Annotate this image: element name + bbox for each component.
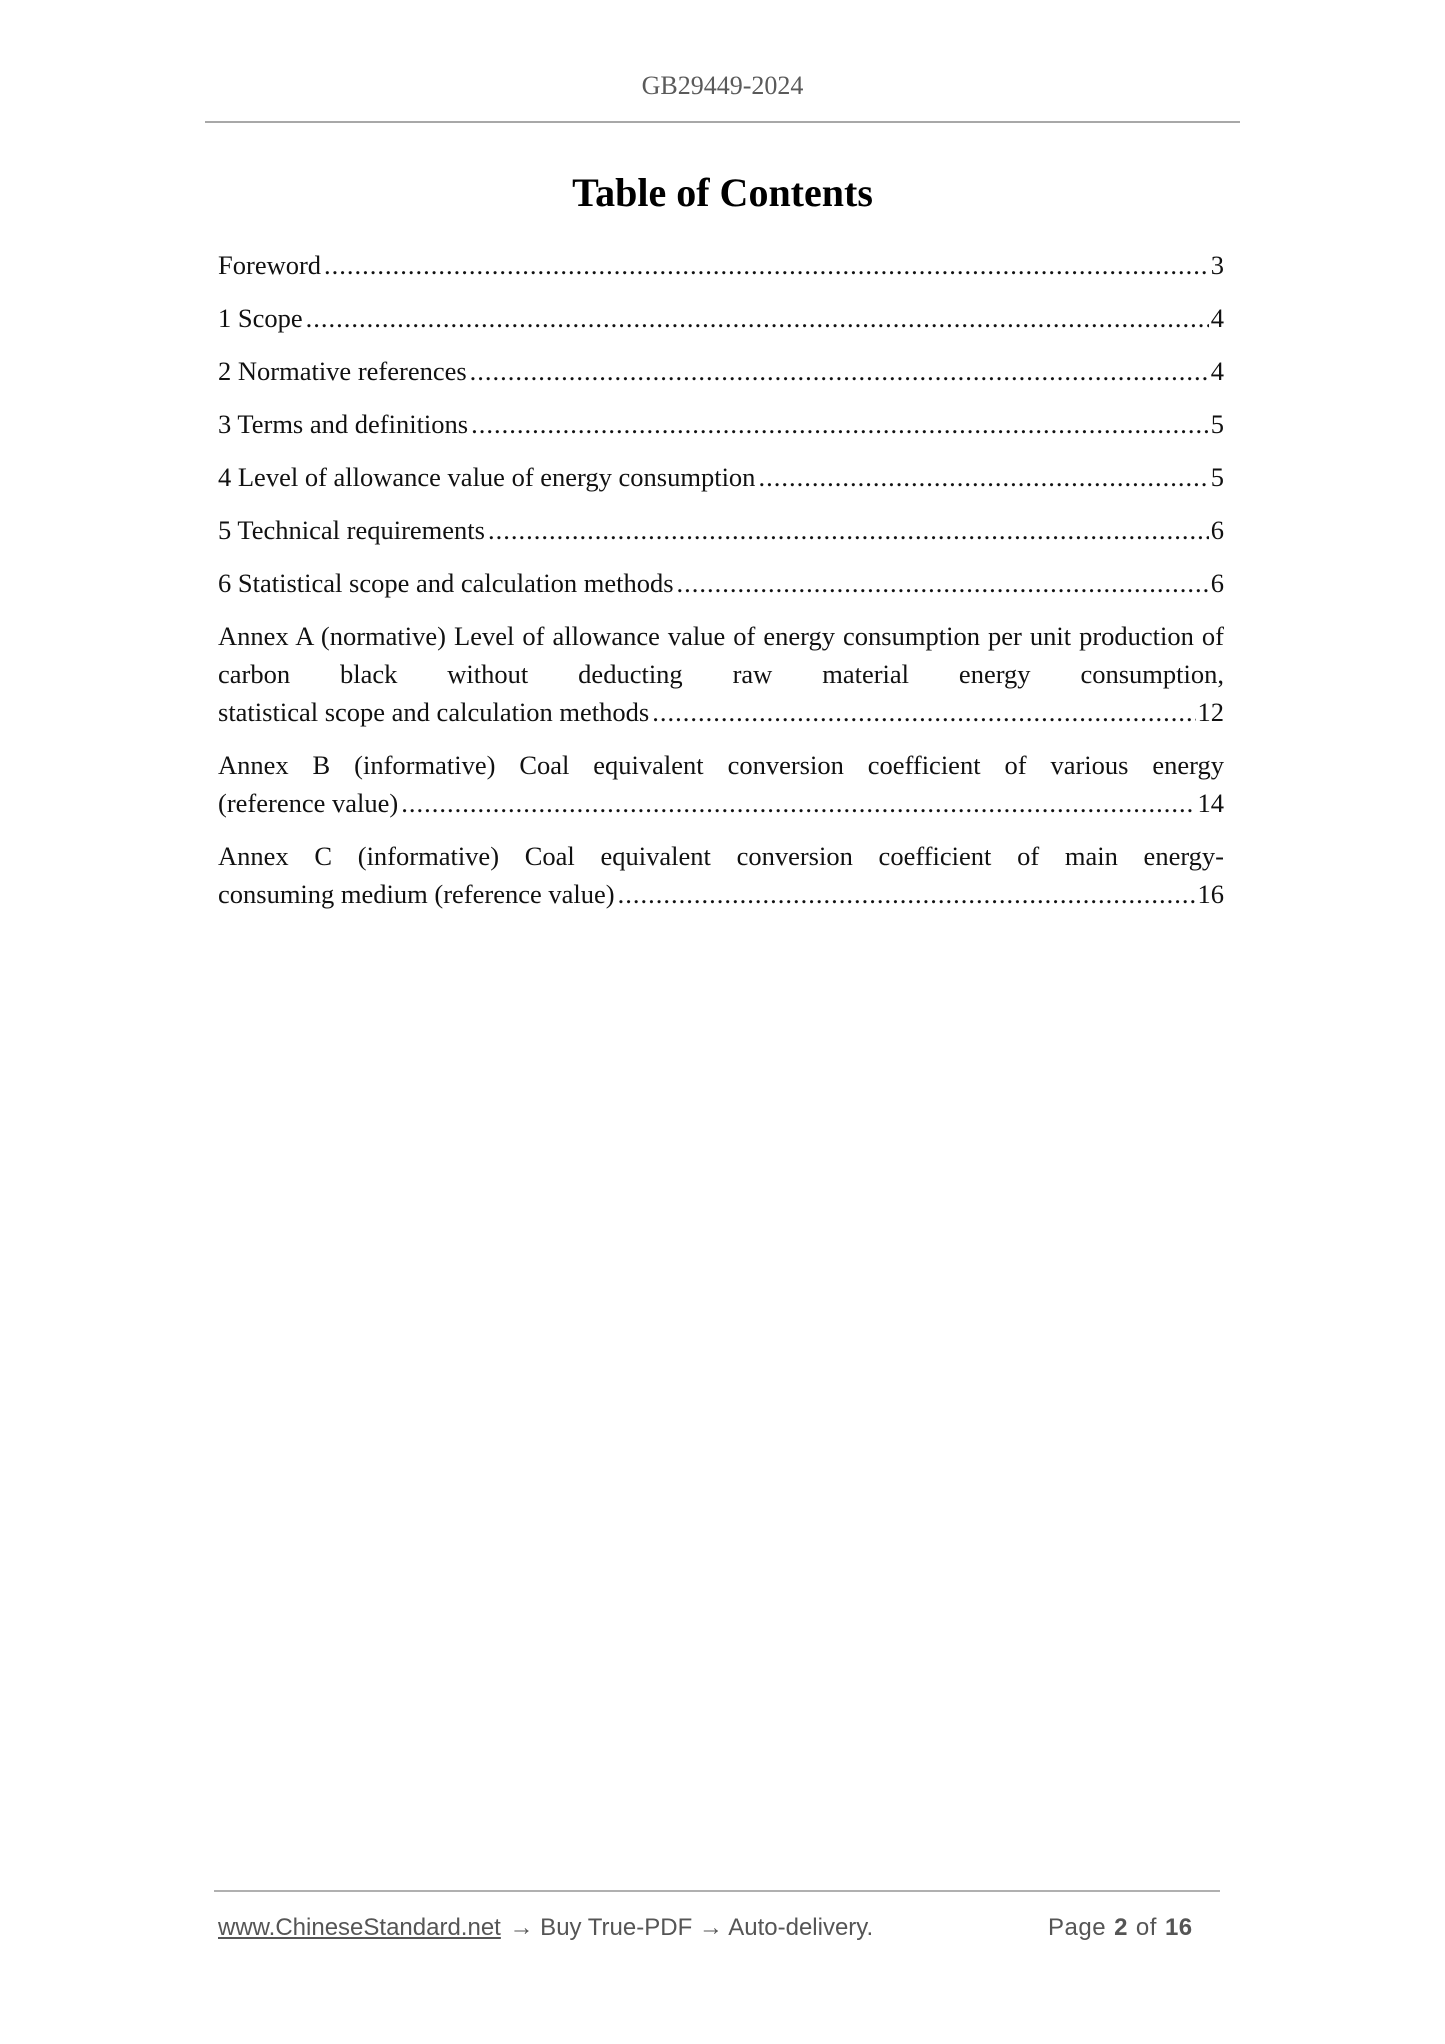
toc-entry-label: 3 Terms and definitions [218, 405, 468, 443]
toc-entry-label: 5 Technical requirements [218, 511, 485, 549]
toc-entry-terms-definitions[interactable]: 3 Terms and definitions 5 [218, 405, 1224, 443]
toc-page-number: 5 [1211, 405, 1224, 443]
toc-page-number: 4 [1211, 352, 1224, 390]
toc-entry-foreword[interactable]: Foreword 3 [218, 246, 1224, 284]
dot-leader [324, 246, 1209, 284]
toc-page-number: 3 [1211, 246, 1224, 284]
current-page-number: 2 [1114, 1914, 1128, 1941]
toc-entry-normative-references[interactable]: 2 Normative references 4 [218, 352, 1224, 390]
toc-entry-technical-requirements[interactable]: 5 Technical requirements 6 [218, 511, 1224, 549]
dot-leader [758, 458, 1208, 496]
toc-page-number: 12 [1198, 693, 1225, 731]
toc-entry-annex-a[interactable]: Annex A (normative) Level of allowance v… [218, 617, 1224, 731]
page-footer: www.ChineseStandard.net → Buy True-PDF →… [218, 1912, 1218, 1944]
toc-entry-allowance-level[interactable]: 4 Level of allowance value of energy con… [218, 458, 1224, 496]
toc-entry-scope[interactable]: 1 Scope 4 [218, 299, 1224, 337]
toc-page-number: 6 [1211, 564, 1224, 602]
toc-entry-label-tail: (reference value) [218, 784, 398, 822]
chinese-standard-link[interactable]: www.ChineseStandard.net [218, 1914, 501, 1941]
toc-page-number: 6 [1211, 511, 1224, 549]
toc-entry-statistical-scope[interactable]: 6 Statistical scope and calculation meth… [218, 564, 1224, 602]
page-title: Table of Contents [0, 168, 1445, 218]
dot-leader [471, 405, 1209, 443]
dot-leader [306, 299, 1209, 337]
toc-entry-annex-c[interactable]: Annex C (informative) Coal equivalent co… [218, 837, 1224, 913]
toc-entry-label: 1 Scope [218, 299, 303, 337]
toc-entry-label-lead: Annex B (informative) Coal equivalent co… [218, 746, 1224, 784]
promo-text: → Buy True-PDF → Auto-delivery. [510, 1914, 874, 1941]
page-label: Page [1048, 1914, 1106, 1941]
toc-entry-label: 2 Normative references [218, 352, 467, 390]
toc-entry-label: 6 Statistical scope and calculation meth… [218, 564, 674, 602]
footer-divider [214, 1890, 1220, 1892]
dot-leader [488, 511, 1209, 549]
toc-entry-label-lead: Annex C (informative) Coal equivalent co… [218, 837, 1224, 875]
toc-page-number: 5 [1211, 458, 1224, 496]
dot-leader [470, 352, 1209, 390]
header-divider [205, 121, 1240, 123]
dot-leader [652, 693, 1195, 731]
dot-leader [618, 875, 1196, 913]
toc-entry-label-tail: consuming medium (reference value) [218, 875, 615, 913]
toc-entry-annex-b[interactable]: Annex B (informative) Coal equivalent co… [218, 746, 1224, 822]
toc-entry-label: Foreword [218, 246, 321, 284]
toc-entry-label: 4 Level of allowance value of energy con… [218, 458, 755, 496]
toc-page-number: 16 [1198, 875, 1225, 913]
page-indicator: Page2of16 [1048, 1912, 1193, 1944]
toc-page-number: 14 [1198, 784, 1225, 822]
dot-leader [677, 564, 1209, 602]
document-code-header: GB29449-2024 [0, 68, 1445, 104]
dot-leader [401, 784, 1195, 822]
toc-entry-label-lead: Annex A (normative) Level of allowance v… [218, 617, 1224, 693]
of-label: of [1136, 1914, 1157, 1941]
toc-page-number: 4 [1211, 299, 1224, 337]
toc-entry-label-tail: statistical scope and calculation method… [218, 693, 649, 731]
total-pages-number: 16 [1165, 1914, 1193, 1941]
table-of-contents: Foreword 3 1 Scope 4 2 Normative referen… [218, 246, 1224, 928]
